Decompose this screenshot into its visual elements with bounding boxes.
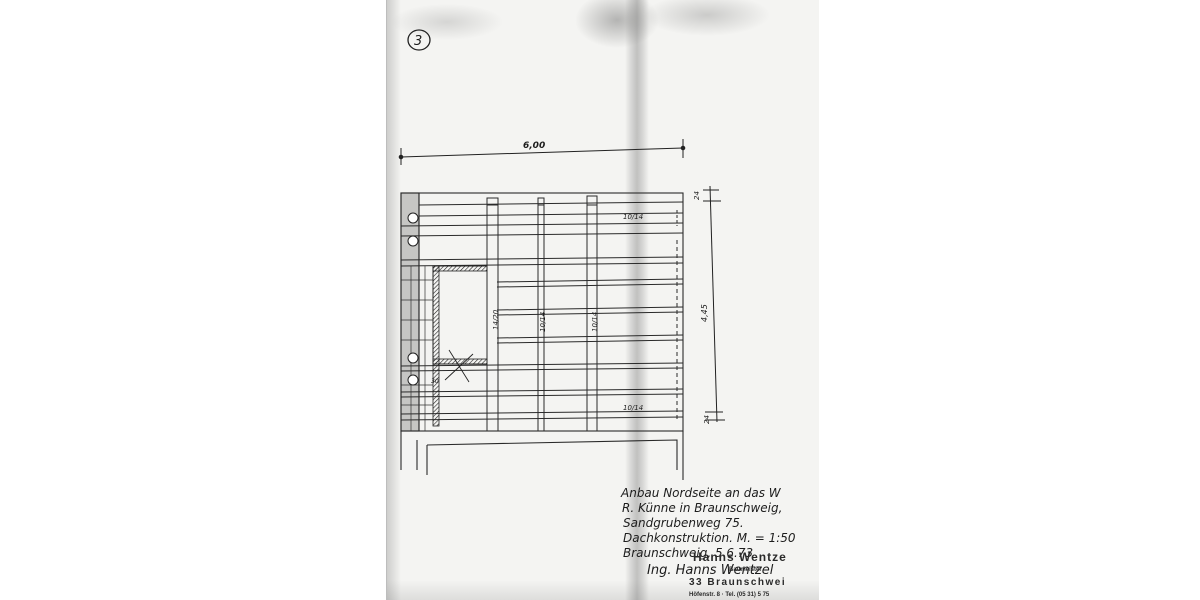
drawing-sheet: 3 6,00 — [386, 0, 819, 600]
stamp-city: 33 Braunschwei — [689, 577, 786, 588]
stamp-name: Hanns Wentze — [693, 550, 787, 564]
span-dimension — [703, 186, 725, 422]
right-joist-label: 10/14 — [591, 312, 599, 332]
overall-width-label: 6,00 — [523, 141, 545, 151]
svg-text:3: 3 — [414, 34, 422, 49]
span-height-label: 4,45 — [700, 304, 709, 322]
bottom-offset-label: 24 — [703, 415, 711, 424]
title-line-4: Dachkonstruktion. M. = 1:50 — [623, 531, 796, 545]
opening-beam-label: 14/20 — [492, 309, 500, 330]
stamp-sub: Baumeister — [729, 567, 762, 573]
title-line-2: R. Künne in Braunschweig, — [622, 501, 782, 515]
title-line-3: Sandgrubenweg 75. — [623, 516, 744, 530]
top-offset-label: 24 — [693, 191, 701, 200]
title-block: Anbau Nordseite an das W R. Künne in Bra… — [620, 486, 796, 598]
roof-opening — [433, 266, 487, 426]
sheet-number-marker: 3 — [408, 30, 430, 50]
top-rafter-label: 10/14 — [623, 213, 643, 221]
stamp-address: Höfenstr. 8 · Tel. (05 31) 5 75 — [689, 592, 770, 598]
chimney-note: 30 — [431, 378, 439, 385]
title-line-1: Anbau Nordseite an das W — [620, 486, 782, 500]
roof-construction-plan: 3 6,00 — [387, 0, 819, 600]
bottom-rafter-label: 10/14 — [623, 404, 643, 412]
middle-joist-label: 10/14 — [539, 312, 547, 332]
